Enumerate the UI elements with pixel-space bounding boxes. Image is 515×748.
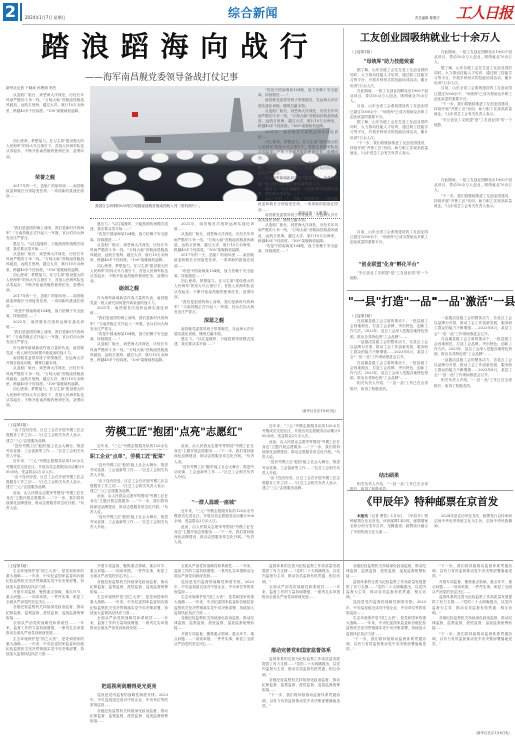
side-top-col-1-lower: 目前，山东全省工会系统建设的工友创业园已超过1000余个，"母统库"已成为帮助众… — [350, 230, 428, 286]
masthead-rule — [22, 24, 515, 25]
lead-body-col-3: 2021年，南昌舰首次组织远海实战化训练…… 从造船厂船台，到恶海大洋深处，历经… — [174, 222, 254, 417]
issue-date: 2024年1月7日 星期日 — [25, 15, 66, 21]
bottom-sub-supervision: 推动完善党和国家监督体系 — [262, 647, 340, 654]
bottom-col-1-body: 生态环境保护是"国之大者"，是党和国家的重大战略……一年来，中央纪委国家监委和各… — [6, 569, 84, 741]
mid-feature-sub-1: 职工企业"点单"，劳模工匠"配菜" — [90, 453, 168, 460]
masthead: 2 2024年1月7日 星期日 综合新闻 责任编辑 陈俊宇 工人日报 — [0, 0, 515, 26]
bottom-col-5: 各级纪检监察机关持续深化政治监督，推动纪律监督、监察监督、派驻监督、巡视监督统筹… — [346, 564, 426, 744]
side-mid-bottom-rule — [347, 490, 513, 491]
side-top-headline: 工友创业园吸纳就业七十余万人 — [348, 32, 512, 46]
mid-feature-top-rule — [4, 419, 343, 420]
bottom-col-2-body-b: 巡视是党内监督的战略性制度安排。2023年，中央巡视组完成对中管企业、中央单位等… — [90, 693, 168, 745]
lead-byline: 新华社记者 于晓泉 孙鲁明 李杰 — [6, 86, 84, 91]
side-mid-col-1: （上接第1版） 在直属县级工会主席的推动下，一批县级工会因地制宜，打造工会品牌，… — [350, 314, 428, 488]
side-top-body-2: 目前，山东全省工会系统建设的工友创业园已超过1000余个，"母统库"已成为帮助众… — [350, 230, 428, 258]
bottom-sub-inspection: 把巡视利剑磨得更光更亮 — [90, 683, 168, 690]
bottom-col-4-body-b: 监督体系的完善为纪检监察工作高质量发展提供了有力支撑……"党的二十大明确提出，以… — [262, 657, 340, 745]
section-honor-body: 2017年的一天，造船厂的船坞里……南昌舰政委和舰长分别接受任命，一项项新的挑战… — [6, 184, 84, 224]
lead-headline: 踏 浪 蹈 海 向 战 行 — [30, 30, 320, 64]
bottom-col-2-body-a: 开展专项监督，聚焦重点领域、重点环节、重点问题……一项项举措，一件件实事，彰显了… — [90, 564, 168, 680]
ship-hull-number — [145, 137, 161, 143]
bottom-story-top-rule — [4, 560, 513, 561]
side-mid-headline-left: "一县"打造"一品" — [348, 294, 428, 310]
mid-feature-body-2: 近年来，"三心"劳模志愿服务队的120余名劳模成员走进社区，开展各类志愿服务活动… — [174, 509, 254, 557]
side-bottom-col-1: 本报讯（记者 曹智）1月5日，《甲辰年》特种邮票在北京首发。该套邮票1套2枚，邮… — [350, 514, 428, 556]
side-mid-headline-right: "一品"激活"一县" — [432, 294, 514, 310]
bottom-end-signature: （新华社北京1月6日电） — [432, 730, 512, 735]
side-top-col-2-lower: 在此期间，一批工友创业园孵化出1900个创业项目，带动10余万人创业，吸纳就业7… — [434, 178, 512, 288]
lead-body-col-2: 感压力。"以往接舰时，只能按照传统模式组建，我们要从零开始……" "攻是中国南海… — [90, 222, 168, 417]
mid-feature-col-4: 近年来，"三心"劳模志愿服务队的120余名劳模成员走进社区，开展各类志愿服务活动… — [262, 424, 340, 556]
bottom-col-4-body-a: 监督体系的完善为纪检监察工作高质量发展提供了有力支撑……"党的二十大明确提出，以… — [262, 564, 340, 644]
side-bottom-headline: 《甲辰年》特种邮票在京首发 — [348, 494, 512, 510]
bottom-col-6-body: "下一步，我们将持续推动监督体系贯通协调，以有力有效监督推动党中央决策部署落地见… — [432, 564, 512, 730]
lead-end-signature: （新华社北京1月6日电） — [258, 408, 338, 413]
side-mid-sub: 结出硕果 — [350, 472, 428, 479]
section-heading-deep-blue: 深蓝之舰 — [174, 319, 254, 324]
side-top-body-1: 据了解，山东各级工会在打造工友创业园的同时，大力推动技能人才培育，通过职工技能学… — [350, 68, 428, 223]
editor-credit: 责任编辑 陈俊宇 — [415, 15, 440, 20]
side-mid-body-left: 在直属县级工会主席的推动下，一批县级工会因地制宜，打造工会品牌，突出特色，创新工… — [350, 319, 428, 469]
side-top-body-3: "安丘创业工友联盟"是"工友创业园"的一个缩影。 — [350, 271, 428, 281]
lead-intro-2: 初心使命，梦想接力。在习主席"建设强大的人民海军"的伟大号召指引下，首批人民海军… — [6, 139, 84, 171]
mid-feature-lead-in: 近年来，"三心"劳模志愿服务队的120余名劳模成员走进社区，开展各类志愿服务活动… — [90, 444, 168, 450]
mid-feature-left-col: （上接第1版） "由于没有经验，区总工会在开展劳模工匠志愿服务工作之初……"区总… — [6, 423, 84, 557]
section-heading-sword: 砺剑之舰 — [90, 287, 168, 292]
bottom-col-3: 全面从严治党的战略性和系统性……一年来，监督工作的力量持续增强，一系列扎实举措推… — [174, 564, 254, 744]
side-mid-col-2: 一品激活县级工会的整体活力，各县区工会以品牌为引领，推动工会工作创新发展，服务职… — [434, 316, 512, 486]
side-top-bottom-rule — [347, 290, 513, 291]
ship-mast-shape — [230, 98, 244, 132]
paper-logo: 工人日报 — [456, 2, 512, 23]
side-top-col-2: 在此期间，一批工友创业园孵化出1900个创业项目，带动10余万人创业，吸纳就业7… — [434, 50, 512, 175]
section-heading-honor: 荣誉之舰 — [6, 174, 84, 181]
side-top-sub-1: "母统库"助力技能致富 — [350, 58, 428, 65]
lead-body-col-4: "攻是中国南海某104舰，战力依赖于安全距离，持续跟进……" 南昌舰党委领导班子… — [258, 88, 338, 406]
side-bottom-dateline: 本报讯 — [357, 514, 368, 518]
page-number-badge: 2 — [3, 3, 18, 21]
mid-feature-col-2: 近年来，"三心"劳模志愿服务队的120余名劳模成员走进社区，开展各类志愿服务活动… — [90, 444, 168, 556]
side-mid-body-left-2: 相关负责人介绍，"一县一品"工作已在全省推开，取得了积极成效。 — [350, 482, 428, 490]
side-top-col-1: （上接第1版） "母统库"助力技能致富 据了解，山东各级工会在打造工友创业园的同… — [350, 50, 428, 228]
page-number: 2 — [5, 2, 16, 21]
page-number-bar — [20, 3, 22, 21]
side-top-sub-2: "创业联盟"化身"孵化平台" — [350, 261, 428, 268]
ship-flag-shape — [132, 112, 138, 117]
mid-feature-sub-2: "一群人温暖一座城" — [174, 499, 254, 506]
lead-subheadline: ——海军南昌舰党委领导备战打仗记事 — [85, 70, 238, 83]
bottom-col-1: （上接第1版） 生态环境保护是"国之大者"，是党和国家的重大战略……一年来，中央… — [6, 564, 84, 744]
bottom-col-6: "下一步，我们将持续推动监督体系贯通协调，以有力有效监督推动党中央决策部署落地见… — [432, 564, 512, 744]
section-title: 综合新闻 — [228, 4, 278, 21]
mid-feature-body-1: "没有劳模工匠'抱团'能上社会大舞台，推进劳动竞赛、工会创新等工作……"区总工会… — [90, 463, 168, 559]
lead-intro: 从造船厂船台，到恶海大洋深处，历经长年风雨严酷的斗争一线，"万吨大驱"首舰南昌舰… — [6, 93, 84, 137]
bottom-col-4: 监督体系的完善为纪检监察工作高质量发展提供了有力支撑……"党的二十大明确提出，以… — [262, 564, 340, 744]
mid-feature-headline: 劳模工匠"抱团"点亮"志愿红" — [88, 424, 260, 440]
sidebar-divider — [343, 28, 344, 594]
mid-feature-col-3: 此前，由人民群众志愿军等围绕"劳模工匠在身边"主题开展志愿服务……"下一步，我们… — [174, 444, 254, 556]
side-top-dateline: （上接第1版） — [350, 50, 428, 55]
side-bottom-col-2: 2024年是农历甲辰龙年，邮票发行以传承和弘扬中华优秀传统文化为主旨，弘扬中华民… — [434, 514, 512, 556]
mid-feature-body-col3: 此前，由人民群众志愿军等围绕"劳模工匠在身边"主题开展志愿服务……"下一步，我们… — [174, 444, 254, 496]
bottom-col-2: 开展专项监督，聚焦重点领域、重点环节、重点问题……一项项举措，一件件实事，彰显了… — [90, 564, 168, 744]
